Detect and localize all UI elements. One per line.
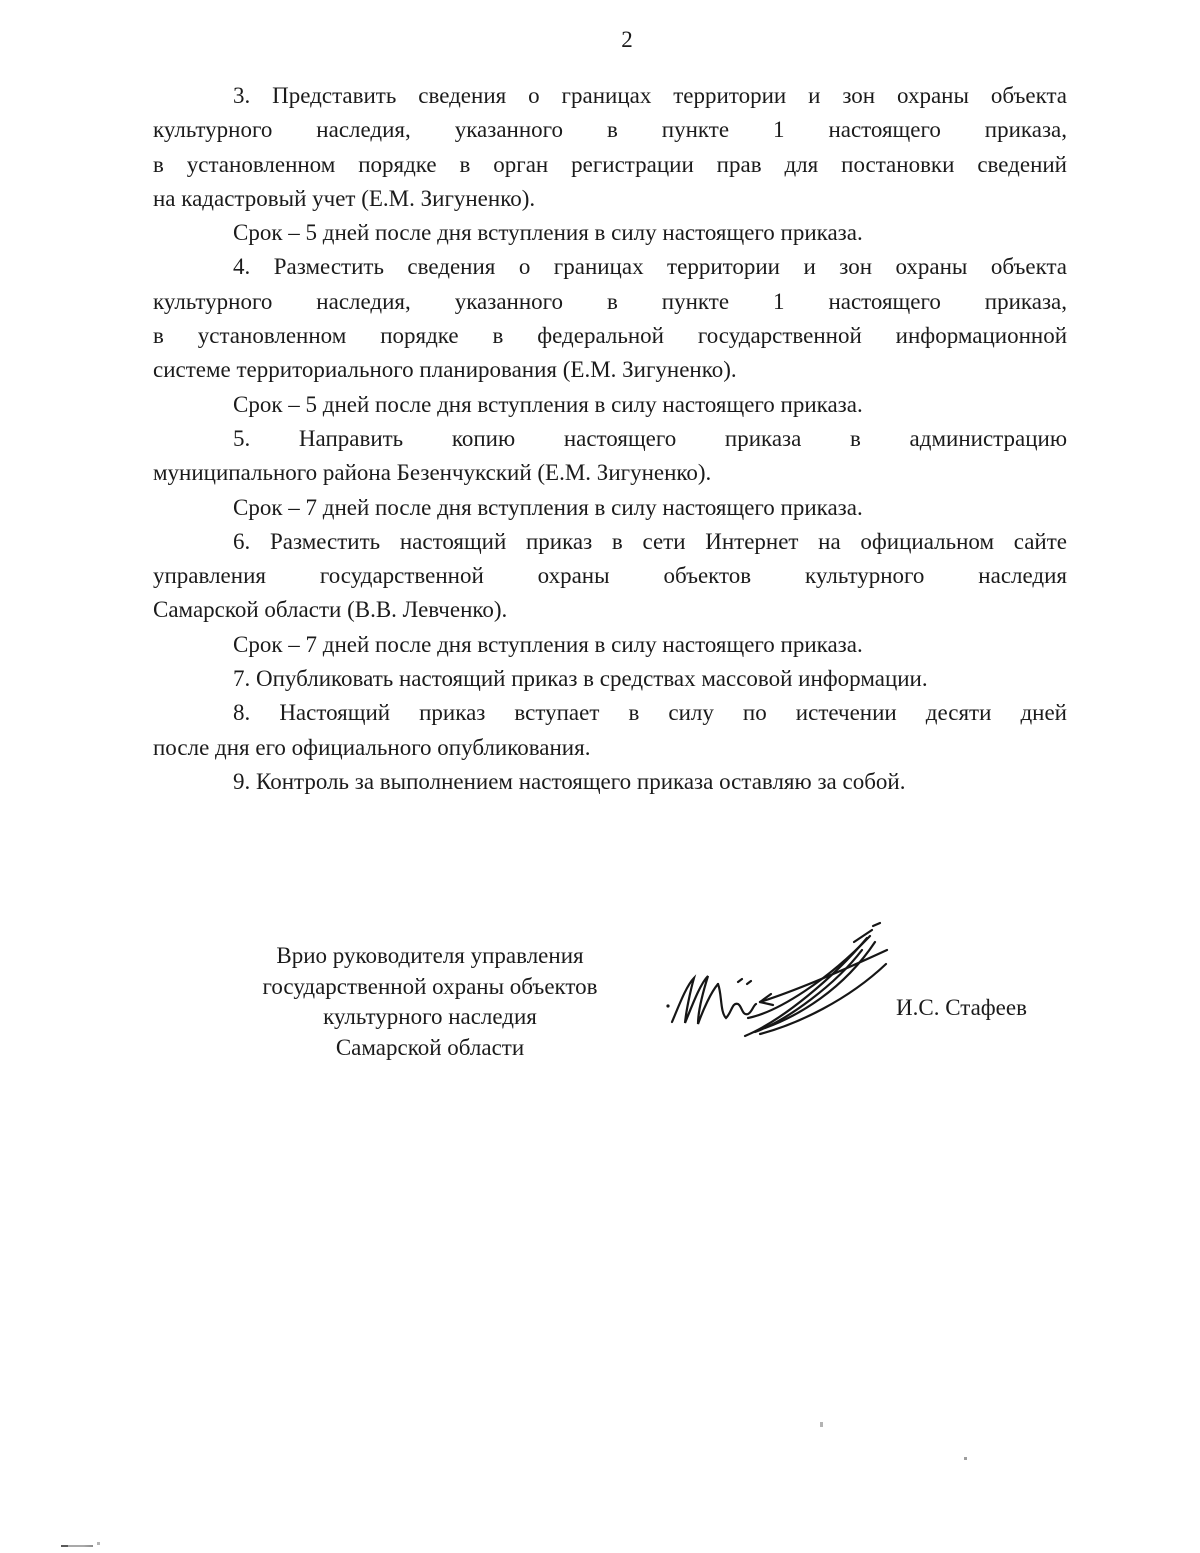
paragraph-7: 7. Опубликовать настоящий приказ в средс…	[153, 662, 1067, 696]
paragraph-line: в установленном порядке в федеральной го…	[153, 319, 1067, 353]
paragraph-3: 3. Представить сведения о границах терри…	[153, 79, 1067, 216]
paragraph-line: 7. Опубликовать настоящий приказ в средс…	[153, 662, 1067, 696]
paragraph-9: 9. Контроль за выполнением настоящего пр…	[153, 765, 1067, 799]
paragraph-line: после дня его официального опубликования…	[153, 731, 1067, 765]
paragraph-line: Срок – 5 дней после дня вступления в сил…	[153, 216, 1067, 250]
document-page: 2 3. Представить сведения о границах тер…	[0, 0, 1200, 1553]
paragraph-line: Срок – 7 дней после дня вступления в сил…	[153, 628, 1067, 662]
body-text: 3. Представить сведения о границах терри…	[153, 79, 1067, 799]
paragraph-line: муниципального района Безенчукский (Е.М.…	[153, 456, 1067, 490]
handwritten-signature-icon	[648, 920, 898, 1045]
deadline-line-1: Срок – 5 дней после дня вступления в сил…	[153, 216, 1067, 250]
scan-artifact-tick	[820, 1422, 823, 1427]
signatory-name: И.С. Стафеев	[896, 995, 1027, 1021]
paragraph-line: культурного наследия, указанного в пункт…	[153, 285, 1067, 319]
paragraph-line: Срок – 7 дней после дня вступления в сил…	[153, 491, 1067, 525]
signatory-title-line: Самарской области	[235, 1033, 625, 1064]
paragraph-line: управления государственной охраны объект…	[153, 559, 1067, 593]
scan-artifact-line	[61, 1545, 93, 1547]
paragraph-8: 8. Настоящий приказ вступает в силу по и…	[153, 696, 1067, 765]
deadline-line-4: Срок – 7 дней после дня вступления в сил…	[153, 628, 1067, 662]
scan-artifact-speck	[97, 1542, 100, 1545]
paragraph-6: 6. Разместить настоящий приказ в сети Ин…	[153, 525, 1067, 628]
paragraph-line: 8. Настоящий приказ вступает в силу по и…	[153, 696, 1067, 730]
paragraph-line: 5. Направить копию настоящего приказа в …	[153, 422, 1067, 456]
signatory-title-line: государственной охраны объектов	[235, 972, 625, 1003]
paragraph-line: Срок – 5 дней после дня вступления в сил…	[153, 388, 1067, 422]
paragraph-line: 6. Разместить настоящий приказ в сети Ин…	[153, 525, 1067, 559]
scan-artifact-dot	[964, 1457, 967, 1460]
signatory-title-line: культурного наследия	[235, 1002, 625, 1033]
paragraph-4: 4. Разместить сведения о границах террит…	[153, 250, 1067, 387]
paragraph-line: 4. Разместить сведения о границах террит…	[153, 250, 1067, 284]
deadline-line-3: Срок – 7 дней после дня вступления в сил…	[153, 491, 1067, 525]
paragraph-line: 3. Представить сведения о границах терри…	[153, 79, 1067, 113]
paragraph-line: культурного наследия, указанного в пункт…	[153, 113, 1067, 147]
paragraph-5: 5. Направить копию настоящего приказа в …	[153, 422, 1067, 491]
signatory-title: Врио руководителя управления государстве…	[235, 941, 625, 1063]
deadline-line-2: Срок – 5 дней после дня вступления в сил…	[153, 388, 1067, 422]
page-number: 2	[153, 27, 1101, 53]
paragraph-line: в установленном порядке в орган регистра…	[153, 148, 1067, 182]
paragraph-line: Самарской области (В.В. Левченко).	[153, 593, 1067, 627]
paragraph-line: на кадастровый учет (Е.М. Зигуненко).	[153, 182, 1067, 216]
paragraph-line: 9. Контроль за выполнением настоящего пр…	[153, 765, 1067, 799]
signatory-title-line: Врио руководителя управления	[235, 941, 625, 972]
paragraph-line: системе территориального планирования (Е…	[153, 353, 1067, 387]
